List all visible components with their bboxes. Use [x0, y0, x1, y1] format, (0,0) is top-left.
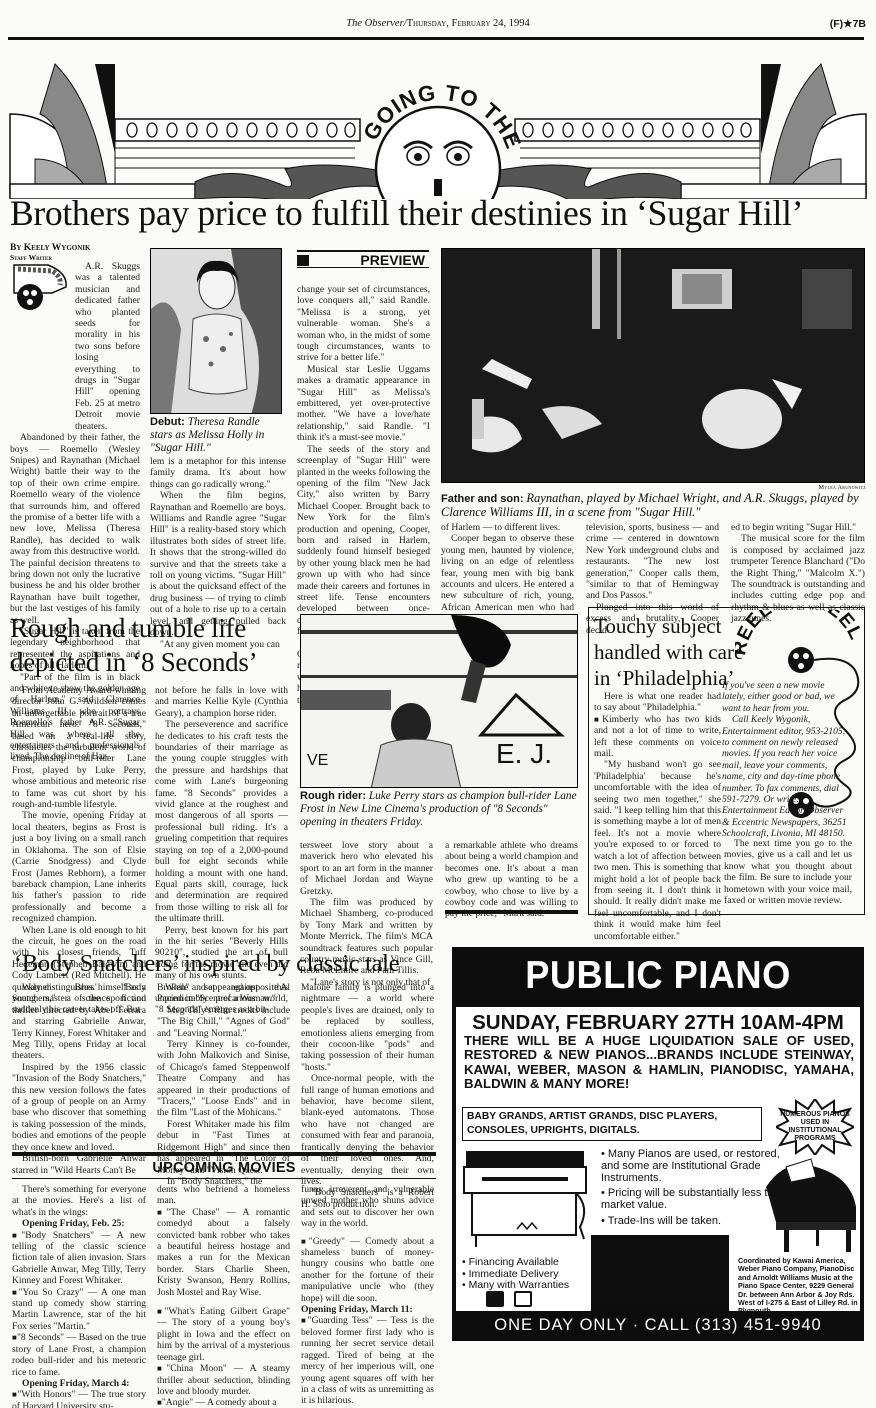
- movie-listing: "The Chase" — A romantic comedyd about a…: [157, 1207, 290, 1298]
- photo-sign-right: E. J.: [496, 738, 552, 769]
- going-to-the-movies-banner: GOING TO THE MOVIES: [0, 44, 876, 199]
- upcoming-col3: funny irreverent and vulnerable unwed mo…: [301, 1184, 434, 1407]
- movie-listing: "What's Eating Gilbert Grape" — The stor…: [157, 1306, 290, 1363]
- movie-listing: "Body Snatchers" — A new telling of the …: [12, 1230, 146, 1287]
- ad-feature-list: • Financing Available • Immediate Delive…: [462, 1257, 602, 1292]
- sugar-hill-headline: Brothers pay price to fulfill their dest…: [10, 192, 870, 234]
- caption-label: Father and son:: [441, 493, 524, 505]
- preview-section-label: PREVIEW: [297, 250, 429, 268]
- philadelphia-headline-3: in ‘Philadelphia’: [594, 664, 735, 692]
- paper-name: The Observer/: [346, 18, 406, 29]
- father-and-son-photo: [441, 248, 865, 483]
- photo2-caption: Father and son: Raynathan, played by Mic…: [441, 492, 866, 520]
- folio-paper-date: The Observer/Thursday, February 24, 1994: [0, 18, 876, 29]
- upcoming-col2: dents who befriend a homeless man. "The …: [157, 1184, 290, 1408]
- black-square-icon: [297, 255, 309, 266]
- theresa-randle-photo: [150, 248, 282, 414]
- paragraph: The next time you go to the movies, give…: [724, 838, 852, 906]
- sale-description: THERE WILL BE A HUGE LIQUIDATION SALE OF…: [464, 1034, 854, 1091]
- brand-logo-1: [486, 1291, 504, 1307]
- reel-to-reel-sidebar: If you've seen a new movie lately, eithe…: [722, 680, 850, 840]
- paragraph: ed to begin writing "Sugar Hill.": [731, 522, 865, 533]
- upcoming-top-rule: [12, 1152, 436, 1156]
- brand-logo-2: [514, 1291, 532, 1307]
- body-snatchers-col2: Broken" and appeared opposite Al Pacino …: [157, 982, 290, 1187]
- section-rule: [445, 910, 578, 914]
- sale-date: SUNDAY, FEBRUARY 27TH 10AM-4PM: [456, 1011, 860, 1035]
- burst-text: NUMEROUS PIANOS USED IN INSTITUTIONAL PR…: [780, 1111, 850, 1143]
- paragraph: From Academy Award-winning director John…: [12, 685, 146, 810]
- ad-phone-footer: ONE DAY ONLY · CALL (313) 451-9940: [452, 1316, 864, 1335]
- photo3-caption: Rough rider: Luke Perry stars as champio…: [300, 790, 580, 829]
- philadelphia-headline-2: handled with care: [594, 638, 743, 666]
- coordinated-by: Coordinated by Kawai America, Weber Pian…: [738, 1257, 858, 1316]
- paragraph: Call Keely Wygonik, Entertainment editor…: [722, 714, 850, 839]
- page-folio: The Observer/Thursday, February 24, 1994…: [0, 18, 876, 32]
- movie-listing: "Greedy" — Comedy about a shameless bunc…: [301, 1236, 434, 1304]
- paragraph: not before he falls in love with and mar…: [155, 685, 288, 719]
- movie-listing: "You So Crazy" — A one man stand up come…: [12, 1287, 146, 1333]
- movie-listing: "8 Seconds" — Based on the true story of…: [12, 1332, 146, 1378]
- opening-heading: Opening Friday, March 4:: [12, 1378, 146, 1389]
- ad-body-panel: SUNDAY, FEBRUARY 27TH 10AM-4PM THERE WIL…: [456, 1007, 860, 1311]
- paragraph: Kimberly who has two kids and not a lot …: [594, 714, 721, 760]
- paragraph: The perseverence and sacrifice he dedica…: [155, 719, 288, 924]
- marquee-moon-face-icon: GOING TO THE MOVIES: [0, 44, 876, 199]
- photo1-caption: Debut: Theresa Randle stars as Melissa H…: [150, 416, 285, 455]
- paragraph: dents who befriend a homeless man.: [157, 1184, 290, 1207]
- header-rule: [8, 37, 864, 40]
- movie-listing: "Guarding Tess" — Tess is the beloved fo…: [301, 1315, 434, 1406]
- paragraph: television, sports, business — and crime…: [586, 522, 719, 602]
- paragraph: Warner Bros.' "Body Snatchers," a scienc…: [12, 982, 146, 1062]
- paragraph: change your set of circumstances, love c…: [297, 284, 430, 364]
- paragraph: of Harlem — to different lives.: [441, 522, 574, 533]
- opening-heading: Opening Friday, Feb. 25:: [12, 1218, 146, 1229]
- paragraph: There's something for everyone at the mo…: [12, 1184, 146, 1218]
- byline: By Keely Wygonik Staff Writer: [10, 243, 90, 263]
- eight-seconds-headline-2: depicted in ‘8 Seconds’: [10, 646, 257, 678]
- sugar-hill-col4: of Harlem — to different lives. Cooper b…: [441, 522, 574, 625]
- public-piano-notice-ad: PUBLIC PIANO NOTICE SUNDAY, FEBRUARY 27T…: [452, 947, 864, 1341]
- upright-piano-icon: [462, 1147, 597, 1252]
- piano-types: BABY GRANDS, ARTIST GRANDS, DISC PLAYERS…: [462, 1107, 762, 1141]
- body-snatchers-col1: Warner Bros.' "Body Snatchers," a scienc…: [12, 982, 146, 1176]
- paragraph: Broken" and appeared opposite Al Pacino …: [157, 982, 290, 1005]
- paragraph: tersweet love story about a maverick her…: [300, 840, 433, 897]
- paragraph: If you've seen a new movie lately, eithe…: [722, 680, 850, 714]
- eight-seconds-headline-1: Rough and tumble life: [10, 612, 246, 644]
- photo-sign-left: VE: [307, 752, 328, 769]
- upcoming-bottom-rule: [12, 1178, 436, 1179]
- upcoming-movies-title: UPCOMING MOVIES: [12, 1160, 436, 1176]
- movie-listing: "Angie" — A comedy about a: [157, 1397, 290, 1408]
- luke-perry-photo: VE E. J.: [300, 614, 578, 788]
- philadelphia-headline-1: Touchy subject: [594, 612, 721, 640]
- paragraph: lem is a metaphor for this intense famil…: [150, 456, 286, 490]
- paragraph: The movie, opening Friday at local theat…: [12, 810, 146, 924]
- paragraph: Terry Kinney is co-founder, with John Ma…: [157, 1039, 290, 1119]
- caption-label: Debut:: [150, 416, 185, 428]
- byline-author: By Keely Wygonik: [10, 243, 90, 253]
- paragraph: a remarkable athlete who dreams about be…: [445, 840, 578, 920]
- paragraph: Malone family is plunged into a nightmar…: [301, 982, 434, 1073]
- paragraph: Inspired by the 1956 classic "Invasion o…: [12, 1062, 146, 1153]
- opening-heading: Opening Friday, March 11:: [301, 1304, 434, 1315]
- eight-seconds-col4: a remarkable athlete who dreams about be…: [445, 840, 578, 920]
- upcoming-col1: There's something for everyone at the mo…: [12, 1184, 146, 1408]
- movie-listing: "With Honors" — The true story of Harvar…: [12, 1389, 146, 1408]
- movie-listing: "China Moon" — A steamy thriller about s…: [157, 1363, 290, 1397]
- paragraph: The seeds of the story and screenplay of…: [297, 444, 430, 638]
- philadelphia-col1: Here is what one reader had to say about…: [594, 691, 721, 942]
- paragraph: Cooper began to observe these young men,…: [441, 533, 574, 624]
- issue-date: Thursday, February 24, 1994: [407, 18, 530, 29]
- paragraph: Here is what one reader had to say about…: [594, 691, 721, 714]
- sugar-hill-lead: A.R. Skuggs was a talented musician and …: [10, 261, 140, 432]
- page-number: (F)★7B: [830, 18, 866, 30]
- body-snatchers-headline: ‘Body Snatchers’ inspired by classic tal…: [14, 948, 399, 980]
- paragraph: Abandoned by their father, the boys — Ro…: [10, 432, 140, 626]
- paragraph: "My husband won't go see 'Philadelphia' …: [594, 759, 721, 942]
- caption-label: Rough rider:: [300, 790, 366, 802]
- feature-item: • Many with Warranties: [462, 1280, 602, 1292]
- preview-label: PREVIEW: [360, 252, 425, 269]
- paragraph: Meg Tilly's film credits include "The Bi…: [157, 1005, 290, 1039]
- grand-piano-icon: [756, 1147, 860, 1257]
- reel-to-reel-callout: The next time you go to the movies, give…: [724, 838, 852, 906]
- paragraph: Musical star Leslie Uggams makes a drama…: [297, 364, 430, 444]
- store-photo: [591, 1235, 729, 1311]
- paragraph: funny irreverent and vulnerable unwed mo…: [301, 1184, 434, 1230]
